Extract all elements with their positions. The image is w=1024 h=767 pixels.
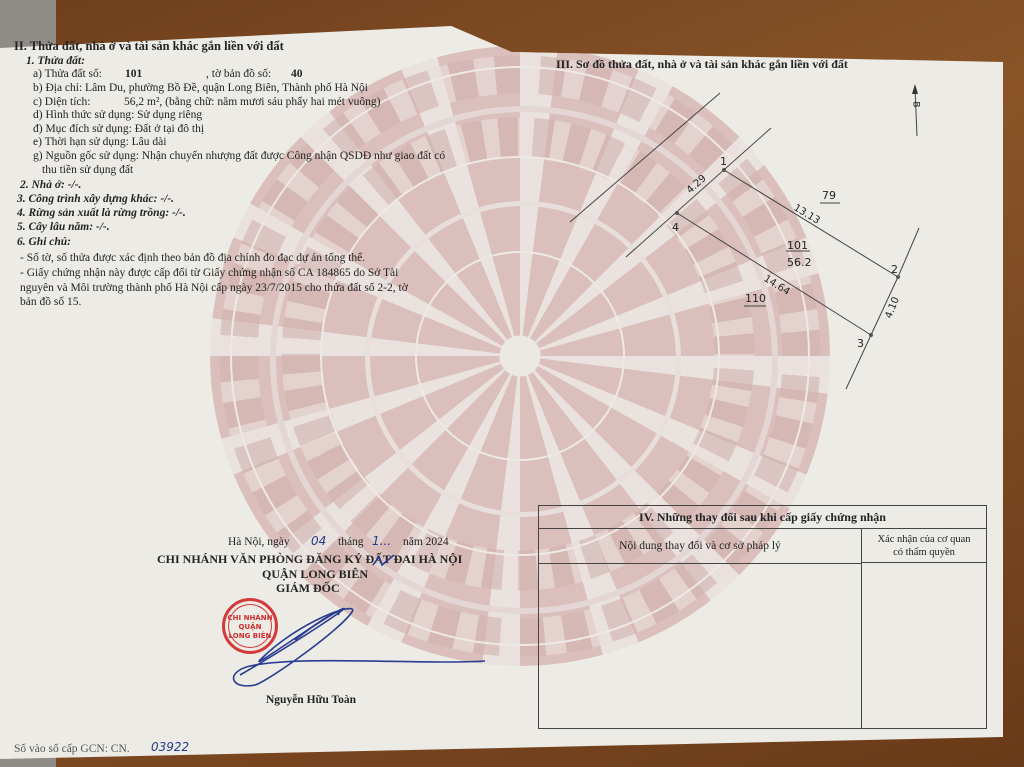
signer-name: Nguyễn Hữu Toàn — [266, 695, 356, 707]
confirmation-header-line: có thẩm quyền — [862, 546, 986, 559]
confirmation-header-line: Xác nhận của cơ quan — [862, 533, 986, 546]
registry-number: 03922 — [151, 741, 189, 753]
changes-table-title: IV. Những thay đổi sau khi cấp giấy chứn… — [539, 506, 986, 529]
confirmation-column-header: Xác nhận của cơ quan có thẩm quyền — [862, 529, 986, 563]
registry-label: Số vào sổ cấp GCN: CN. — [14, 744, 130, 756]
changes-table: IV. Những thay đổi sau khi cấp giấy chứn… — [538, 505, 987, 729]
changes-column-header: Nội dung thay đổi và cơ sở pháp lý — [539, 529, 862, 564]
